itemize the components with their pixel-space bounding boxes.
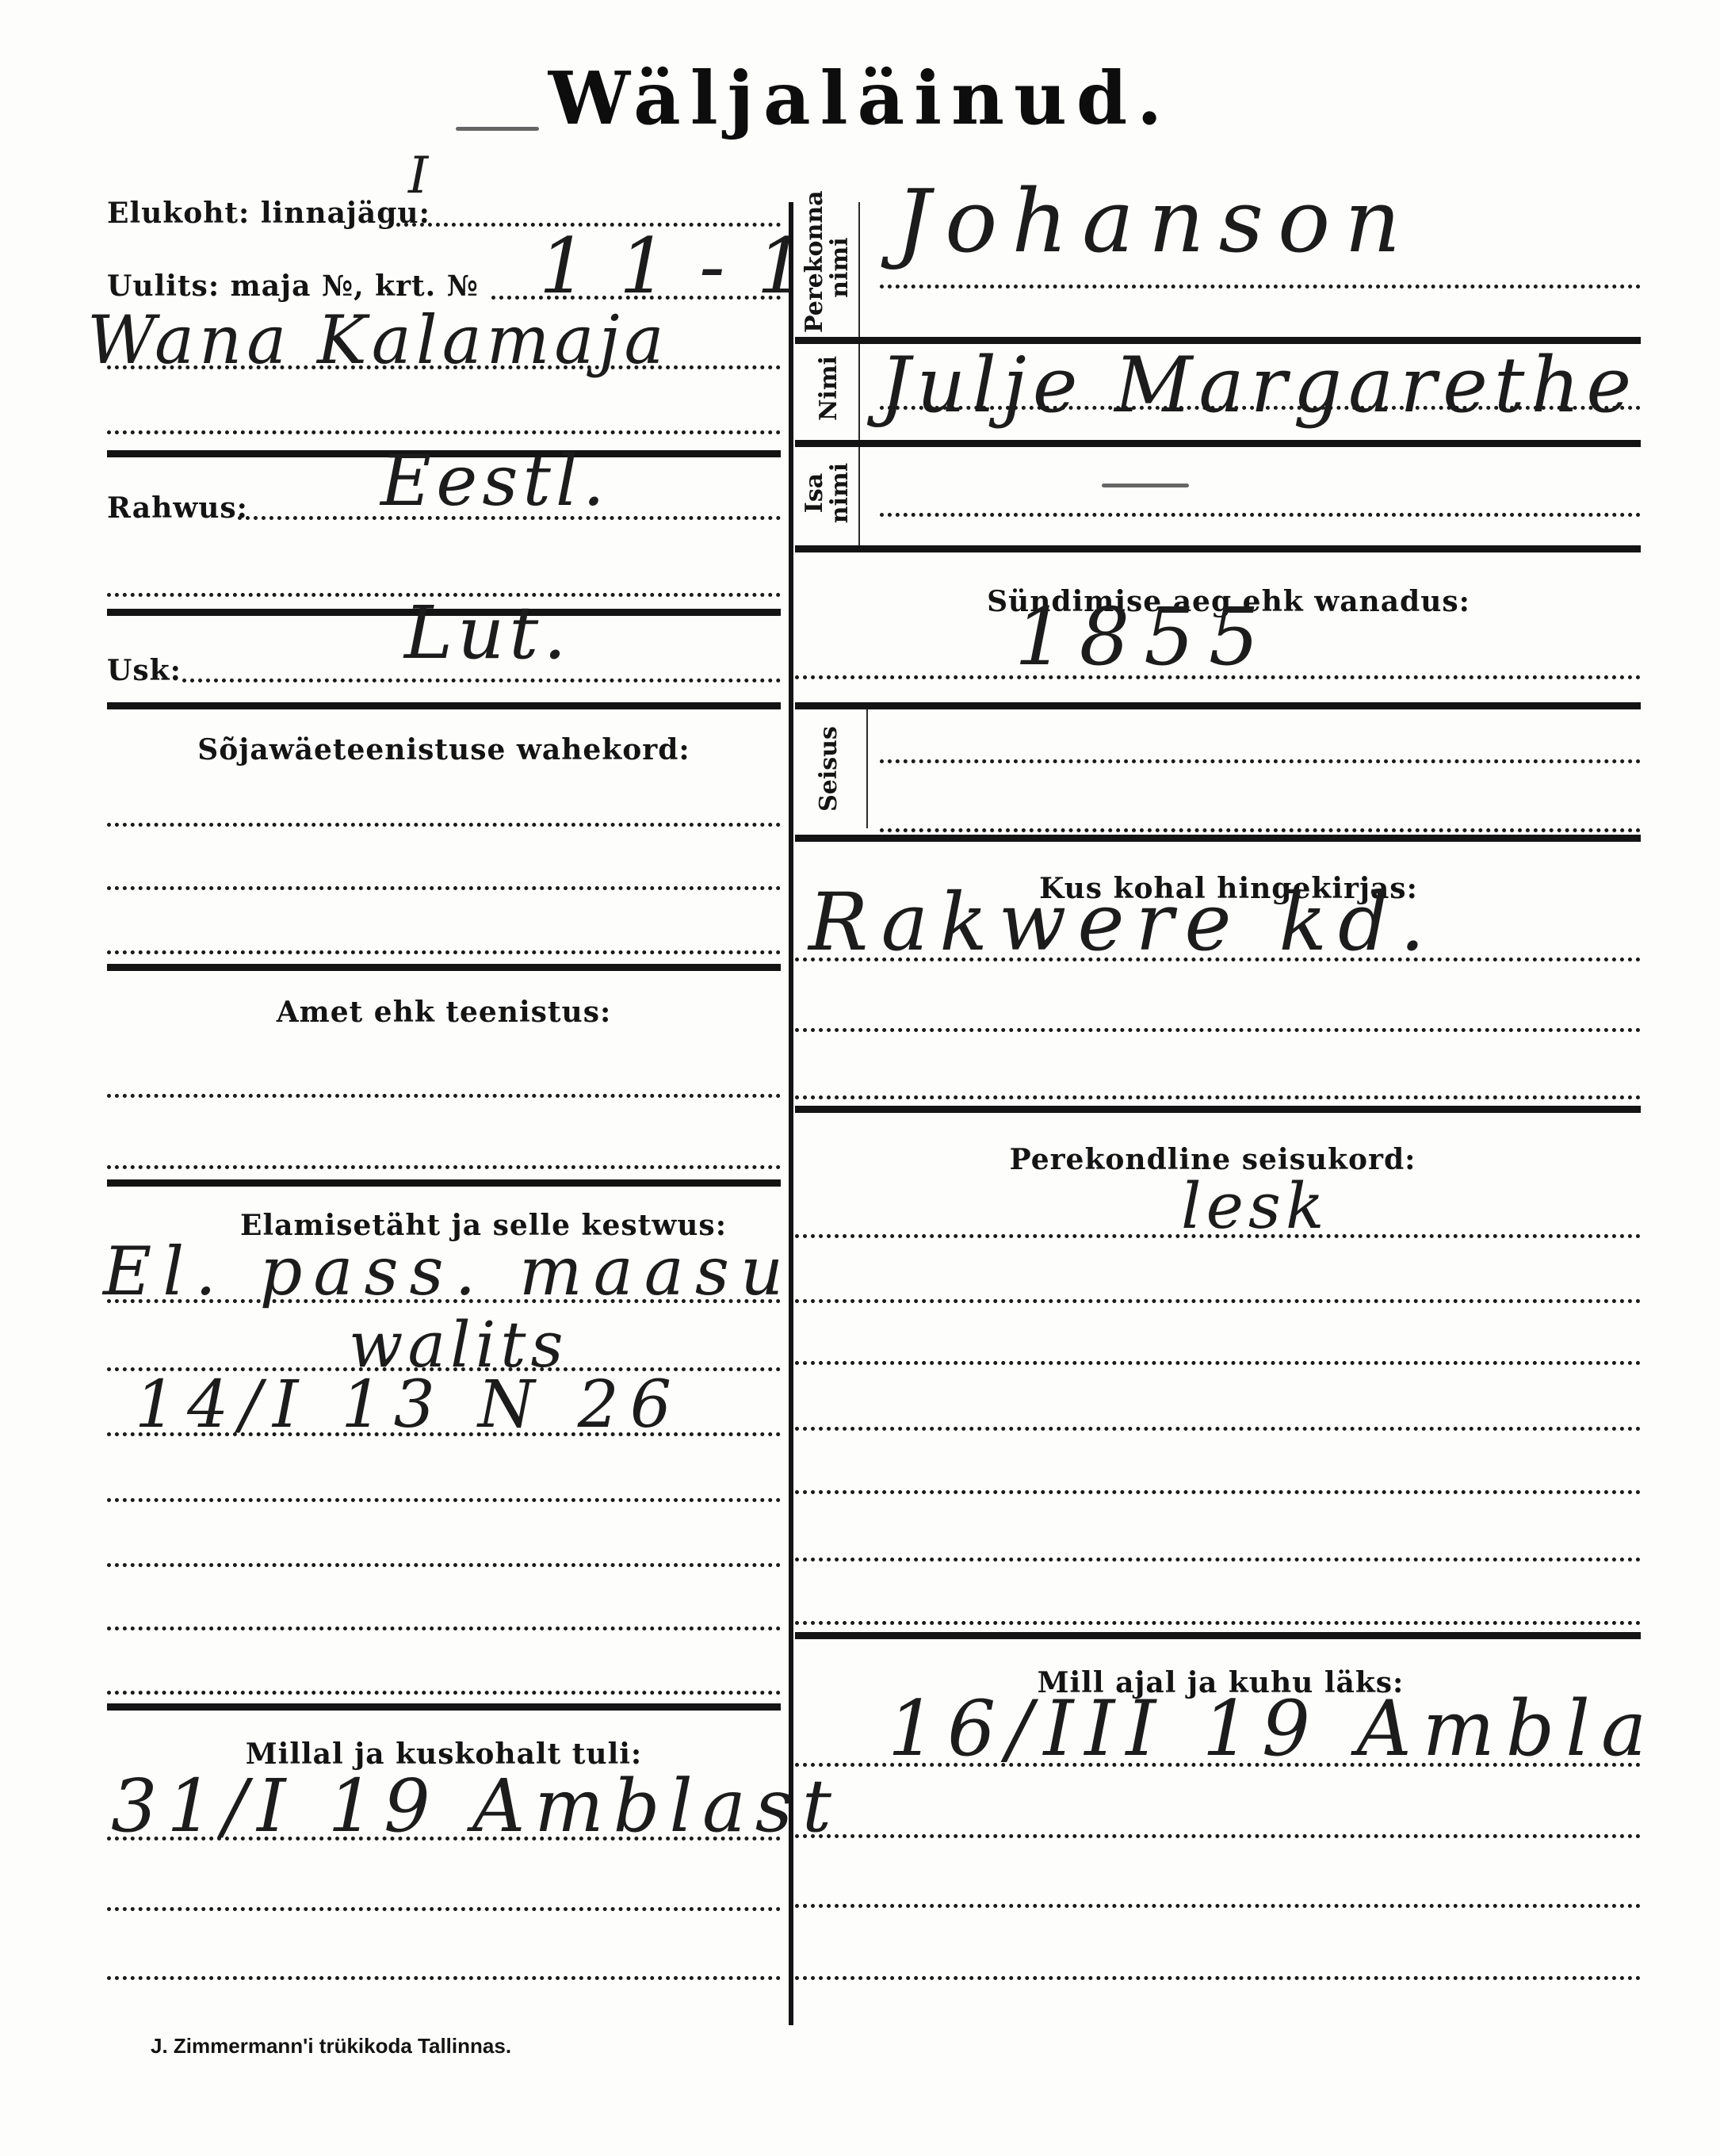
registered-value[interactable]: Rakwere kd. [808,876,1436,969]
section-rule [795,1106,1641,1113]
street-extra-line [107,430,781,434]
status-label-text: Seisus [816,721,842,816]
arrival-line-3 [107,1976,781,1980]
residence-permit-line [107,1498,781,1502]
birth-value[interactable]: 1855 [1015,591,1274,683]
street-label: Uulits: maja №, krt. № [107,269,479,303]
family-status-line [795,1361,1641,1365]
father-name-line [880,513,1641,517]
residence-permit-line [107,1432,781,1436]
section-rule [795,545,1641,552]
first-name-line [880,406,1641,410]
occupation-line-2 [107,1165,781,1169]
departure-line-1 [795,1763,1641,1767]
military-line-1 [107,823,781,827]
document-title: Wäljaläinud. [548,55,1172,141]
street-name-value[interactable]: Wana Kalamaja [87,301,669,379]
section-rule [795,1632,1641,1639]
birth-line [795,675,1641,679]
family-status-line [795,1234,1641,1238]
status-subdivider [866,709,868,828]
surname-label-line-2: nimi [828,202,853,333]
religion-value[interactable]: Lut. [404,591,571,675]
status-line-2 [880,828,1641,832]
residence-label: Elukoht: linnajägu: [107,197,430,230]
family-status-line [795,1299,1641,1303]
departure-line-3 [795,1904,1641,1908]
family-status-value[interactable]: lesk [1181,1169,1328,1243]
registered-line-2 [795,1028,1641,1032]
registered-line-1 [795,958,1641,961]
military-line-3 [107,950,781,954]
section-rule [107,1179,781,1187]
occupation-label: Amet ehk teenistus: [277,996,612,1029]
religion-line [182,679,781,682]
military-label: Sõjawäeteenistuse wahekord: [197,733,690,766]
family-status-line [795,1558,1641,1562]
surname-value[interactable]: Johanson [896,170,1415,272]
street-number-value[interactable]: 11-1 [539,222,837,311]
first-name-label: Nimi [816,345,842,432]
registered-line-3 [795,1095,1641,1099]
family-status-line [795,1490,1641,1494]
residence-permit-line [107,1299,781,1303]
residence-permit-line [107,1627,781,1630]
status-line-1 [880,759,1641,763]
military-line-2 [107,886,781,890]
father-name-dash [1102,484,1189,487]
residence-permit-line [107,1563,781,1567]
surname-label-line-1: Perekonna [802,202,828,333]
pencil-dash-mark [456,127,539,131]
father-name-label: Isa nimi [802,445,853,541]
family-status-line [795,1621,1641,1625]
section-rule [795,440,1641,447]
surname-line [880,285,1641,289]
nationality-value[interactable]: Eestl. [380,440,610,522]
father-name-label-line-1: Isa [802,445,828,541]
occupation-line-1 [107,1094,781,1098]
section-rule [107,1703,781,1711]
departure-line-2 [795,1834,1641,1838]
column-divider [789,202,793,2025]
family-status-line [795,1427,1641,1431]
printer-imprint: J. Zimmermann'i trükikoda Tallinnas. [151,2034,511,2059]
section-rule [795,835,1641,842]
nationality-label: Rahwus: [107,491,248,525]
residence-permit-line [107,1691,781,1695]
arrival-value[interactable]: 31/I 19 Amblast [111,1764,841,1848]
father-name-label-line-2: nimi [828,445,853,541]
residence-permit-line-3[interactable]: 14/I 13 N 26 [135,1367,682,1443]
departure-value[interactable]: 16/III 19 Ambla [888,1684,1657,1773]
residence-permit-line [107,1367,781,1371]
section-rule [107,702,781,709]
religion-label: Usk: [107,654,182,687]
arrival-line-1 [107,1837,781,1841]
departure-line-4 [795,1976,1641,1980]
section-rule [795,702,1641,709]
surname-label: Perekonna nimi [802,202,853,333]
registration-card: Wäljaläinud. Elukoht: linnajägu: I Uulit… [0,0,1720,2156]
first-name-value[interactable]: Julje Margarethe [880,341,1638,430]
section-rule [107,964,781,971]
first-name-label-text: Nimi [816,345,842,432]
name-block-subdivider [858,202,860,547]
arrival-line-2 [107,1907,781,1911]
status-label: Seisus [816,721,842,816]
residence-value[interactable]: I [408,147,433,205]
